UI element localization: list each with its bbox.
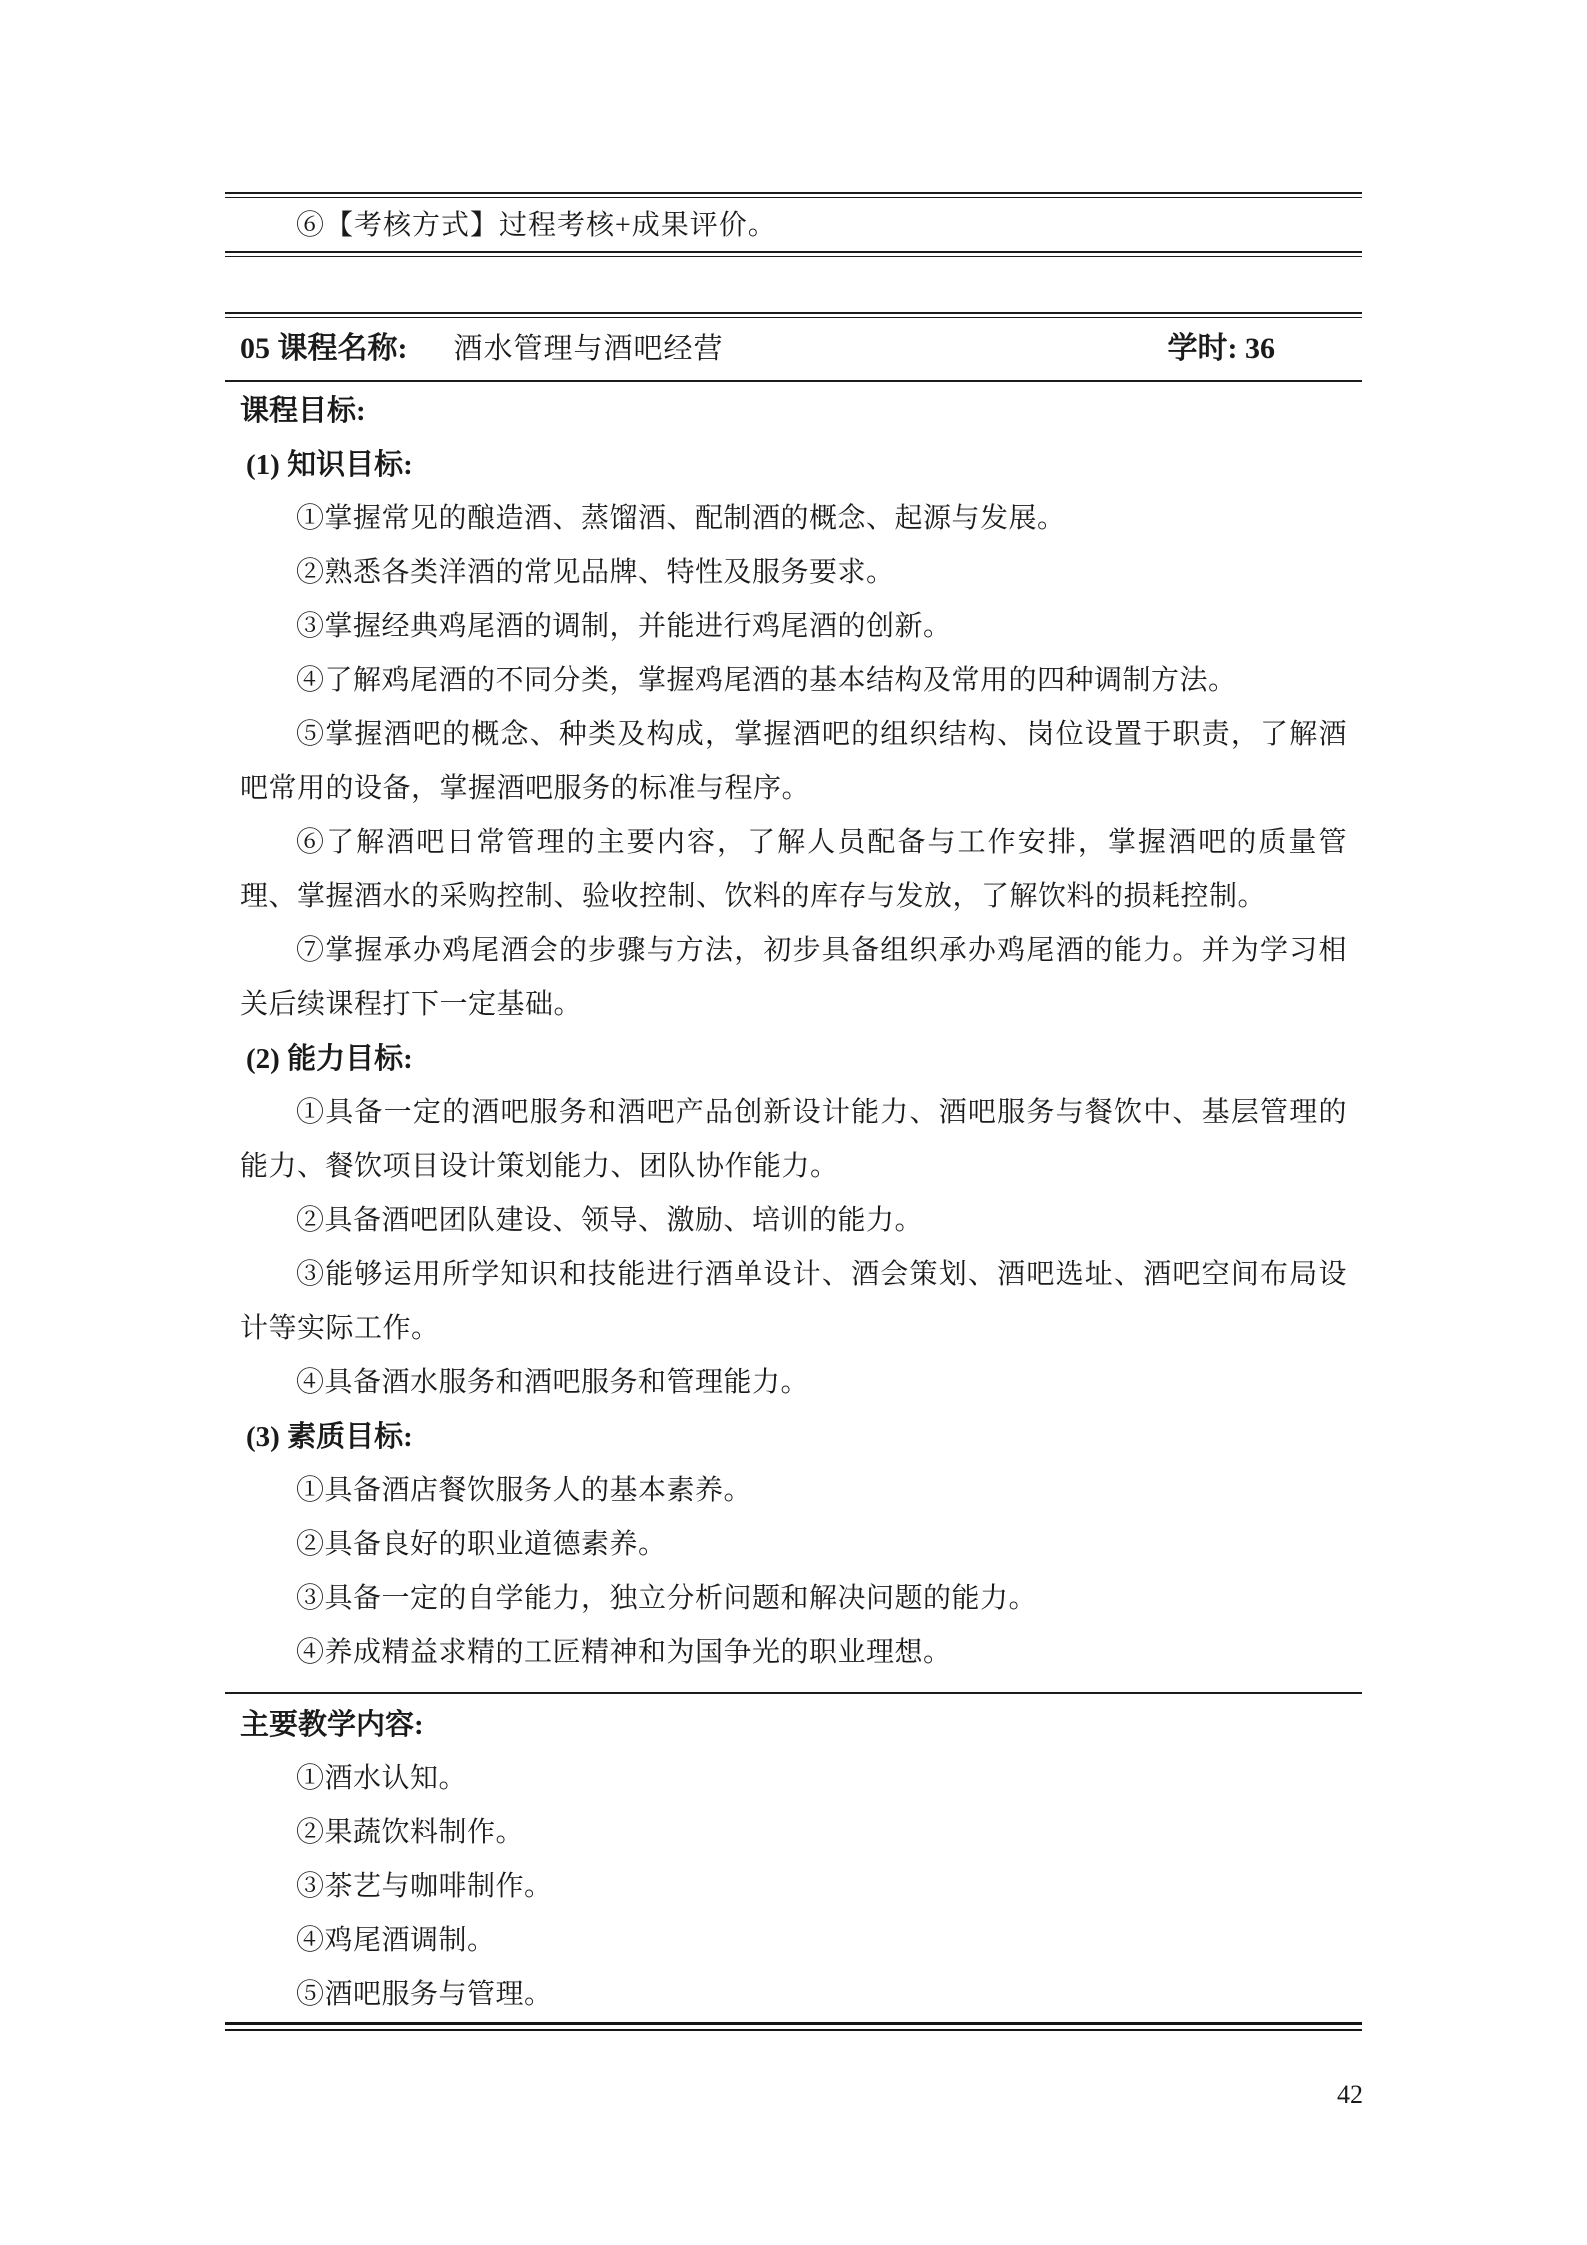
knowledge-item: ④了解鸡尾酒的不同分类，掌握鸡尾酒的基本结构及常用的四种调制方法。	[240, 654, 1347, 708]
ability-objectives-title: (2) 能力目标:	[240, 1032, 1347, 1086]
hours-label: 学时:	[1168, 332, 1238, 365]
section-gap	[225, 257, 1362, 312]
course-objectives-section: 课程目标: (1) 知识目标: ①掌握常见的酿造酒、蒸馏酒、配制酒的概念、起源与…	[225, 382, 1362, 1680]
knowledge-item: ②熟悉各类洋酒的常见品牌、特性及服务要求。	[240, 546, 1347, 600]
course-name: 酒水管理与酒吧经营	[454, 326, 724, 372]
teaching-item: ④鸡尾酒调制。	[240, 1914, 1347, 1968]
teaching-item: ③茶艺与咖啡制作。	[240, 1860, 1347, 1914]
objectives-heading: 课程目标:	[240, 384, 1347, 438]
divider-page-bottom	[225, 2022, 1362, 2031]
knowledge-item: ⑥了解酒吧日常管理的主要内容，了解人员配备与工作安排，掌握酒吧的质量管理、掌握酒…	[240, 816, 1347, 924]
quality-objectives-title: (3) 素质目标:	[240, 1410, 1347, 1464]
hours-value: 36	[1245, 332, 1275, 365]
course-number-label: 05 课程名称:	[240, 326, 408, 372]
knowledge-item: ③掌握经典鸡尾酒的调制，并能进行鸡尾酒的创新。	[240, 600, 1347, 654]
teaching-item: ②果蔬饮料制作。	[240, 1806, 1347, 1860]
document-page: ⑥【考核方式】过程考核+成果评价。 05 课程名称: 酒水管理与酒吧经营 学时:…	[0, 0, 1587, 2245]
course-hours: 学时: 36	[1168, 326, 1276, 372]
knowledge-item: ⑤掌握酒吧的概念、种类及构成，掌握酒吧的组织结构、岗位设置于职责，了解酒吧常用的…	[240, 708, 1347, 816]
teaching-item: ⑤酒吧服务与管理。	[240, 1968, 1347, 2022]
knowledge-item: ①掌握常见的酿造酒、蒸馏酒、配制酒的概念、起源与发展。	[240, 492, 1347, 546]
ability-item: ④具备酒水服务和酒吧服务和管理能力。	[240, 1356, 1347, 1410]
exam-method-row: ⑥【考核方式】过程考核+成果评价。	[225, 198, 1362, 251]
document-body: ⑥【考核方式】过程考核+成果评价。 05 课程名称: 酒水管理与酒吧经营 学时:…	[225, 192, 1362, 2031]
quality-item: ①具备酒店餐饮服务人的基本素养。	[240, 1464, 1347, 1518]
teaching-content-heading: 主要教学内容:	[240, 1698, 1347, 1752]
quality-item: ②具备良好的职业道德素养。	[240, 1518, 1347, 1572]
ability-item: ①具备一定的酒吧服务和酒吧产品创新设计能力、酒吧服务与餐饮中、基层管理的能力、餐…	[240, 1086, 1347, 1194]
knowledge-item: ⑦掌握承办鸡尾酒会的步骤与方法，初步具备组织承办鸡尾酒的能力。并为学习相关后续课…	[240, 924, 1347, 1032]
page-number: 42	[1337, 2080, 1363, 2110]
knowledge-objectives-title: (1) 知识目标:	[240, 438, 1347, 492]
ability-item: ③能够运用所学知识和技能进行酒单设计、酒会策划、酒吧选址、酒吧空间布局设计等实际…	[240, 1248, 1347, 1356]
quality-item: ③具备一定的自学能力，独立分析问题和解决问题的能力。	[240, 1572, 1347, 1626]
teaching-content-section: 主要教学内容: ①酒水认知。 ②果蔬饮料制作。 ③茶艺与咖啡制作。 ④鸡尾酒调制…	[225, 1692, 1362, 2031]
quality-item: ④养成精益求精的工匠精神和为国争光的职业理想。	[240, 1626, 1347, 1680]
course-header-row: 05 课程名称: 酒水管理与酒吧经营 学时: 36	[225, 318, 1362, 380]
teaching-item: ①酒水认知。	[240, 1752, 1347, 1806]
ability-item: ②具备酒吧团队建设、领导、激励、培训的能力。	[240, 1194, 1347, 1248]
